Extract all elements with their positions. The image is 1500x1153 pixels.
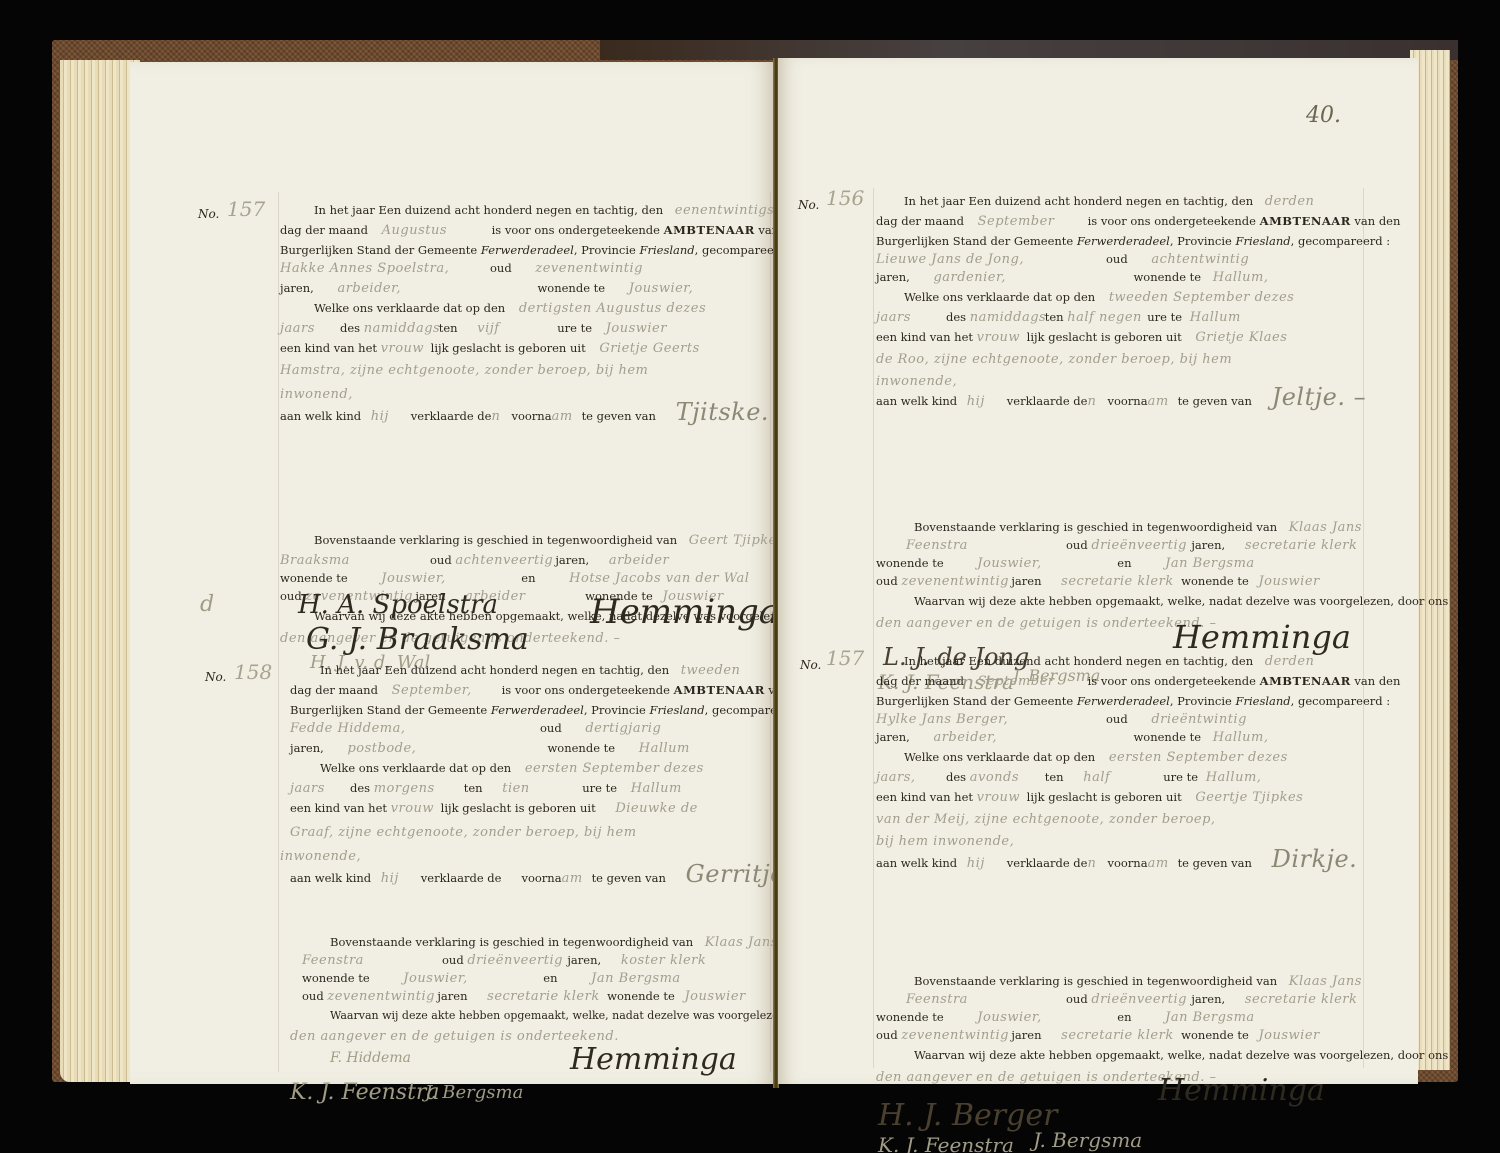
pronoun-field: hij: [967, 392, 1007, 412]
form-text: oud: [490, 261, 512, 275]
mother-field: inwonend,: [280, 387, 353, 402]
form-text: aan welk kind: [280, 409, 361, 423]
form-text: Burgerlijken Stand der Gemeente: [280, 243, 477, 257]
form-text: In het jaar Een duizend acht honderd neg…: [320, 663, 669, 677]
witness2-residence-field: Jouswier: [1258, 1028, 1319, 1043]
margin-note: d: [200, 592, 214, 617]
child-name-field: Tjitske.: [676, 398, 769, 426]
form-text: Waarvan wij deze akte hebben opgemaakt, …: [914, 1048, 1448, 1062]
form-text: Burgerlijken Stand der Gemeente: [876, 694, 1073, 708]
form-text: In het jaar Een duizend acht honderd neg…: [314, 203, 663, 217]
form-text: verklaarde de: [421, 871, 502, 885]
form-text: jaren,: [1191, 992, 1225, 1006]
form-text: des: [946, 310, 966, 324]
witness1-name-field: Klaas Jans: [1289, 974, 1362, 989]
sex-field: vrouw: [381, 339, 431, 359]
birth-date-field: jaars: [876, 308, 946, 328]
witness2-residence-field: Jouswier: [1258, 574, 1319, 589]
witness2-residence-field: Jouswier: [684, 989, 745, 1004]
form-text: een kind van het: [290, 801, 387, 815]
suffix-field: n: [491, 407, 511, 427]
gemeente: Ferwerderadeel: [481, 243, 574, 257]
form-text: verklaarde de: [1007, 394, 1088, 408]
form-text: dag der maand: [876, 214, 964, 228]
gemeente: Ferwerderadeel: [1077, 234, 1170, 248]
form-text: is voor ons ondergeteekende: [1088, 214, 1256, 228]
form-text: dag der maand: [290, 683, 378, 697]
form-text: aan welk kind: [876, 856, 957, 870]
birth-place-field: Jouswier: [606, 321, 667, 336]
form-text: en: [521, 571, 535, 585]
witness2-name-field: Jan Bergsma: [1165, 556, 1255, 571]
form-text: een kind van het: [280, 341, 377, 355]
entry-number-label: No.: [205, 670, 226, 684]
form-text: oud: [540, 721, 562, 735]
form-text: voorna: [1107, 856, 1147, 870]
form-text: lijk geslacht is geboren uit: [1027, 790, 1182, 804]
form-text: Bovenstaande verklaring is geschied in t…: [330, 935, 693, 949]
form-text: des: [340, 321, 360, 335]
child-name-field: Jeltje. –: [1272, 383, 1367, 411]
birth-date-field: jaars,: [876, 768, 946, 788]
entry-number: 157: [826, 646, 864, 670]
signature: H. A. Spoelstra: [298, 590, 498, 620]
registrar-signature: Hemminga: [570, 1042, 737, 1077]
form-text: te geven van: [592, 871, 666, 885]
form-text: des: [350, 781, 370, 795]
form-text: verklaarde de: [1007, 856, 1088, 870]
margin-rule: [278, 192, 279, 1072]
form-text: is voor ons ondergeteekende: [492, 223, 660, 237]
declarant-age-field: drieëntwintig: [1151, 712, 1247, 727]
right-page: 40. No. 156 In het jaar Een duizend acht…: [778, 58, 1418, 1084]
birth-record-158: In het jaar Een duizend acht honderd neg…: [290, 660, 770, 1090]
birth-date-field: dertigsten Augustus dezes: [519, 301, 706, 316]
witness2-age-field: zevenentwintig: [901, 572, 1011, 592]
form-text: AMBTENAAR: [674, 683, 765, 697]
provincie: Friesland: [640, 243, 695, 257]
birth-place-field: Hallum: [1190, 310, 1241, 325]
form-text: wonende te: [1181, 574, 1249, 588]
form-text: is voor ons ondergeteekende: [502, 683, 670, 697]
form-text: oud: [430, 553, 452, 567]
form-text: , gecompareerd :: [1291, 234, 1390, 248]
form-text: oud: [442, 953, 464, 967]
form-text: ure te: [582, 781, 617, 795]
entry-number: 157: [227, 197, 265, 221]
form-text: ten: [464, 781, 483, 795]
time-of-day-field: avonds: [970, 768, 1045, 788]
registrar-signature: Hemminga: [590, 592, 779, 632]
mother-field: Dieuwke de: [615, 801, 698, 816]
form-text: des: [946, 770, 966, 784]
form-text: , gecompareerd :: [1291, 694, 1390, 708]
declarant-occupation-field: arbeider,: [933, 728, 1133, 748]
mother-field: bij hem inwonende,: [876, 834, 1014, 849]
form-text: , Provincie: [1170, 234, 1232, 248]
entry-number-label: No.: [798, 198, 819, 212]
sex-field: vrouw: [391, 799, 441, 819]
form-text: wonende te: [547, 741, 615, 755]
signature: J. Bergsma: [425, 1082, 523, 1103]
form-text: Burgerlijken Stand der Gemeente: [290, 703, 487, 717]
form-text: van den: [1354, 674, 1400, 688]
time-of-day-field: morgens: [374, 779, 464, 799]
entry-number: 158: [234, 660, 272, 684]
form-text: Burgerlijken Stand der Gemeente: [876, 234, 1073, 248]
form-text: oud: [302, 989, 324, 1003]
birth-date-field: jaars: [280, 319, 340, 339]
form-text: ten: [1045, 770, 1064, 784]
book-cover-edge: [600, 40, 1458, 60]
form-text: In het jaar Een duizend acht honderd neg…: [904, 654, 1253, 668]
month-field: September,: [392, 681, 502, 701]
form-text: is voor ons ondergeteekende: [1088, 674, 1256, 688]
form-text: van den: [1354, 214, 1400, 228]
form-text: jaren,: [290, 741, 324, 755]
folio-number: 40.: [1306, 103, 1341, 128]
form-text: voorna: [511, 409, 551, 423]
declarant-age-field: achtentwintig: [1151, 252, 1249, 267]
form-text: jaren: [437, 989, 467, 1003]
birth-place-field: Hallum: [631, 781, 682, 796]
pronoun-field: hij: [967, 854, 1007, 874]
suffix-field: n: [1087, 392, 1107, 412]
signature: J. Bergsma: [1033, 1128, 1142, 1152]
form-text: AMBTENAAR: [1260, 214, 1351, 228]
hour-field: half: [1083, 768, 1163, 788]
form-text: ure te: [1147, 310, 1182, 324]
declarant-residence-field: Hallum: [639, 741, 690, 756]
form-text: Waarvan wij deze akte hebben opgemaakt, …: [914, 594, 1448, 608]
form-text: jaren: [1011, 1028, 1041, 1042]
form-text: Welke ons verklaarde dat op den: [904, 290, 1095, 304]
form-text: AMBTENAAR: [664, 223, 755, 237]
time-of-day-field: namiddags: [364, 319, 439, 339]
birth-date-field: eersten September dezes: [1109, 750, 1288, 765]
form-text: te geven van: [582, 409, 656, 423]
form-text: ten: [1045, 310, 1064, 324]
form-text: oud: [876, 1028, 898, 1042]
form-text: Welke ons verklaarde dat op den: [320, 761, 511, 775]
form-text: oud: [1066, 538, 1088, 552]
witness1-name-field: Geert Tjipkes: [689, 533, 784, 548]
day-field: tweeden: [681, 663, 741, 678]
witness1-occupation-field: arbeider: [609, 553, 669, 568]
form-text: jaren,: [876, 270, 910, 284]
child-name-field: Dirkje.: [1272, 845, 1358, 873]
form-text: wonende te: [280, 571, 348, 585]
form-text: voorna: [521, 871, 561, 885]
entry-number-label: No.: [800, 658, 821, 672]
sex-field: vrouw: [977, 788, 1027, 808]
signature: K. J. Feenstra: [878, 1133, 1014, 1153]
declarant-residence-field: Hallum,: [1213, 730, 1269, 745]
witness2-age-field: zevenentwintig: [327, 987, 437, 1007]
entry-number-label: No.: [198, 207, 219, 221]
form-text: en: [1117, 1010, 1131, 1024]
form-text: een kind van het: [876, 790, 973, 804]
mother-field: de Roo, zijne echtgenoote, zonder beroep…: [876, 352, 1232, 367]
form-text: oud: [1106, 712, 1128, 726]
birth-record-157: In het jaar Een duizend acht honderd neg…: [280, 200, 770, 500]
form-text: een kind van het: [876, 330, 973, 344]
witness2-name-field: Hotse Jacobs van der Wal: [569, 571, 749, 586]
form-text: Welke ons verklaarde dat op den: [904, 750, 1095, 764]
declarant-occupation-field: arbeider,: [337, 279, 537, 299]
mother-field: Geertje Tjipkes: [1195, 790, 1303, 805]
form-text: jaren,: [555, 553, 589, 567]
declarant-residence-field: Hallum,: [1213, 270, 1269, 285]
form-text: ten: [439, 321, 458, 335]
birth-date-field: tweeden September dezes: [1109, 290, 1295, 305]
month-field: Augustus: [382, 221, 492, 241]
signature: H. J. Berger: [878, 1098, 1057, 1133]
form-text: aan welk kind: [290, 871, 371, 885]
form-text: oud: [1066, 992, 1088, 1006]
suffix-field: n: [1087, 854, 1107, 874]
mother-field: Grietje Geerts: [599, 341, 699, 356]
provincie: Friesland: [1236, 234, 1291, 248]
form-text: te geven van: [1178, 394, 1252, 408]
witness2-name-field: Jan Bergsma: [591, 971, 681, 986]
signature: F. Hiddema: [330, 1050, 411, 1066]
form-text: wonende te: [1133, 270, 1201, 284]
day-field: derden: [1265, 654, 1315, 669]
witness1-name-field: Klaas Jans: [1289, 520, 1362, 535]
form-text: oud: [876, 574, 898, 588]
witness2-occupation-field: secretarie klerk: [487, 987, 607, 1007]
form-text: wonende te: [607, 989, 675, 1003]
pronoun-field: hij: [381, 869, 421, 889]
mother-field: van der Meij, zijne echtgenoote, zonder …: [876, 812, 1216, 827]
declarant-age-field: dertigjarig: [585, 721, 661, 736]
birth-date-field: eersten September dezes: [525, 761, 704, 776]
form-text: dag der maand: [280, 223, 368, 237]
provincie: Friesland: [1236, 694, 1291, 708]
hour-field: vijf: [477, 319, 557, 339]
gemeente: Ferwerderadeel: [1077, 694, 1170, 708]
day-field: derden: [1265, 194, 1315, 209]
mother-field: Graaf, zijne echtgenoote, zonder beroep,…: [290, 825, 637, 840]
form-text: jaren,: [567, 953, 601, 967]
declarant-residence-field: Jouswier,: [629, 281, 693, 296]
time-of-day-field: namiddags: [970, 308, 1045, 328]
form-text: wonende te: [537, 281, 605, 295]
form-text: wonende te: [1181, 1028, 1249, 1042]
witness2-age-field: zevenentwintig: [901, 1026, 1011, 1046]
form-text: voorna: [1107, 394, 1147, 408]
form-text: ure te: [557, 321, 592, 335]
form-text: lijk geslacht is geboren uit: [1027, 330, 1182, 344]
form-text: Bovenstaande verklaring is geschied in t…: [914, 974, 1277, 988]
witness1-occupation-field: secretarie klerk: [1245, 538, 1358, 553]
closing-field: den aangever en de getuigen is onderteek…: [876, 616, 1216, 631]
form-text: en: [1117, 556, 1131, 570]
form-text: verklaarde de: [411, 409, 492, 423]
form-text: oud: [1106, 252, 1128, 266]
mother-field: Grietje Klaes: [1195, 330, 1287, 345]
form-text: , Provincie: [1170, 694, 1232, 708]
form-text: wonende te: [876, 556, 944, 570]
sex-field: vrouw: [977, 328, 1027, 348]
form-text: te geven van: [1178, 856, 1252, 870]
signature: K. J. Feenstra: [290, 1080, 440, 1105]
declarant-occupation-field: postbode,: [347, 739, 547, 759]
registrar-signature: Hemminga: [1158, 1073, 1325, 1108]
form-text: wonende te: [1133, 730, 1201, 744]
declarant-age-field: zevenentwintig: [535, 261, 643, 276]
pronoun-field: hij: [371, 407, 411, 427]
witness2-occupation-field: secretarie klerk: [1061, 1026, 1181, 1046]
birth-place-field: Hallum,: [1206, 770, 1262, 785]
month-field: September: [978, 212, 1088, 232]
provincie: Friesland: [650, 703, 705, 717]
mother-field: inwonende,: [280, 849, 361, 864]
birth-record-156: In het jaar Een duizend acht honderd neg…: [876, 191, 1366, 631]
form-text: wonende te: [302, 971, 370, 985]
gemeente: Ferwerderadeel: [491, 703, 584, 717]
form-text: en: [543, 971, 557, 985]
declarant-name-field: Fedde Hiddema,: [290, 719, 540, 739]
birth-date-field: jaars: [290, 779, 350, 799]
hour-field: half negen: [1067, 308, 1147, 328]
form-text: , Provincie: [584, 703, 646, 717]
form-text: lijk geslacht is geboren uit: [441, 801, 596, 815]
witness2-occupation-field: secretarie klerk: [1061, 572, 1181, 592]
page-stack-left: [60, 60, 140, 1082]
form-text: ure te: [1163, 770, 1198, 784]
form-text: Bovenstaande verklaring is geschied in t…: [914, 520, 1277, 534]
form-text: jaren: [1011, 574, 1041, 588]
hour-field: tien: [502, 779, 582, 799]
form-text: lijk geslacht is geboren uit: [431, 341, 586, 355]
form-text: jaren,: [876, 730, 910, 744]
declarant-occupation-field: gardenier,: [933, 268, 1133, 288]
form-text: dag der maand: [876, 674, 964, 688]
entry-number: 156: [826, 186, 864, 210]
witness2-name-field: Jan Bergsma: [1165, 1010, 1255, 1025]
left-page: No. 157 In het jaar Een duizend acht hon…: [130, 62, 775, 1084]
mother-field: Hamstra, zijne echtgenoote, zonder beroe…: [280, 363, 648, 378]
witness1-occupation-field: secretarie klerk: [1245, 992, 1358, 1007]
form-text: AMBTENAAR: [1260, 674, 1351, 688]
form-text: Bovenstaande verklaring is geschied in t…: [314, 533, 677, 547]
month-field: September: [978, 672, 1088, 692]
witness1-name-field: Klaas Jans: [705, 935, 778, 950]
form-text: aan welk kind: [876, 394, 957, 408]
form-text: jaren,: [280, 281, 314, 295]
form-text: , Provincie: [574, 243, 636, 257]
form-text: wonende te: [876, 1010, 944, 1024]
witness1-occupation-field: koster klerk: [621, 953, 706, 968]
form-text: In het jaar Een duizend acht honderd neg…: [904, 194, 1253, 208]
form-text: Welke ons verklaarde dat op den: [314, 301, 505, 315]
form-text: Waarvan wij deze akte hebben opgemaakt, …: [330, 1009, 841, 1022]
birth-record-157b: In het jaar Een duizend acht honderd neg…: [876, 651, 1366, 1091]
margin-rule: [873, 188, 874, 1068]
declarant-name-field: Hakke Annes Spoelstra,: [280, 259, 490, 279]
form-text: jaren,: [1191, 538, 1225, 552]
